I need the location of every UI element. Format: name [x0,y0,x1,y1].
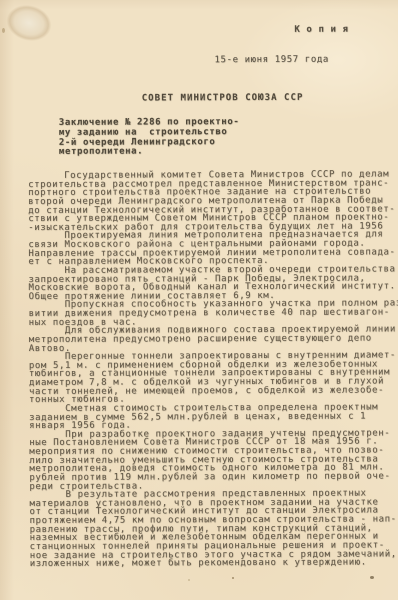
document-page: К о п и я 15-е июня 1957 года СОВЕТ МИНИ… [0,0,398,600]
document-title: СОВЕТ МИНИСТРОВ СОЮЗА ССР [142,93,304,104]
subject-block: Заключение № 2286 по проектно- му задани… [59,118,240,158]
typed-text-layer: К о п и я 15-е июня 1957 года СОВЕТ МИНИ… [0,0,398,600]
copy-label: К о п и я [294,25,348,35]
document-body: Государственный комитет Совета Министров… [28,170,398,568]
document-date: 15-е июня 1957 года [215,55,329,65]
